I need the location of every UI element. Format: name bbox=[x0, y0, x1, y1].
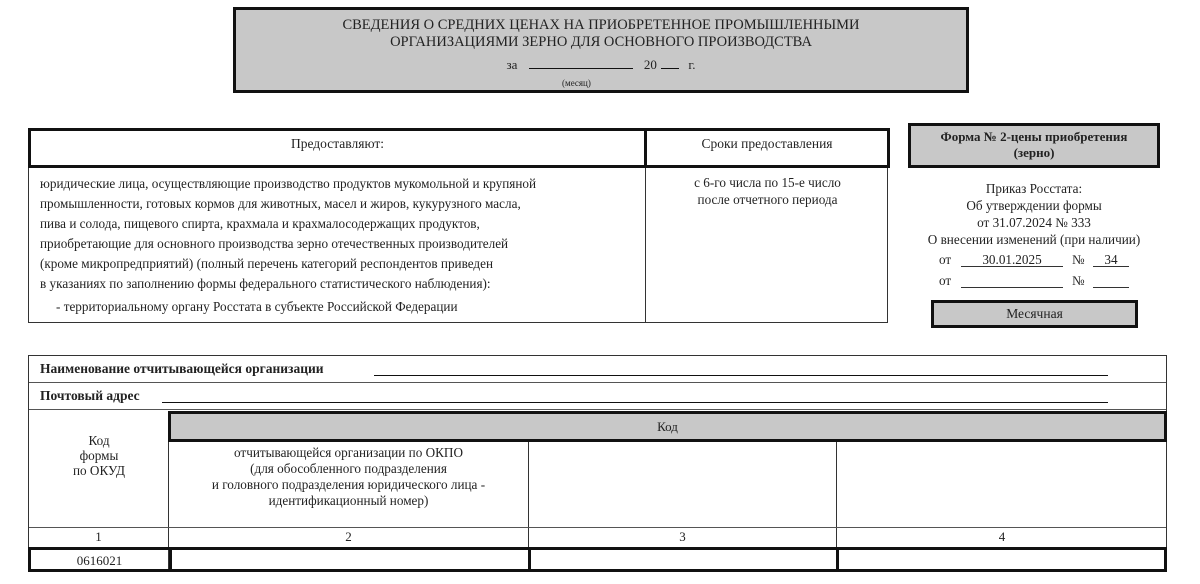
form-number-box: Форма № 2-цены приобретения (зерно) bbox=[908, 123, 1160, 168]
form-name-sub: (зерно) bbox=[911, 145, 1157, 161]
okud-header-line: по ОКУД bbox=[29, 463, 169, 478]
respondents-line: промышленности, готовых кормов для живот… bbox=[40, 194, 640, 214]
okud-code-value: 0616021 bbox=[31, 553, 168, 569]
year-suffix: г. bbox=[688, 57, 695, 72]
column-numbers-row: 1 2 3 4 bbox=[29, 527, 1166, 548]
deadline-line: после отчетного периода bbox=[646, 191, 889, 208]
okud-header-line: формы bbox=[29, 448, 169, 463]
deadline-description: с 6-го числа по 15-е число после отчетно… bbox=[646, 174, 889, 208]
report-title: СВЕДЕНИЯ О СРЕДНИХ ЦЕНАХ НА ПРИОБРЕТЕННО… bbox=[236, 17, 966, 51]
order-line: О внесении изменений (при наличии) bbox=[895, 231, 1173, 248]
provide-header: Предоставляют: bbox=[28, 128, 647, 168]
org-name-row: Наименование отчитывающейся организации bbox=[29, 356, 1166, 383]
period-prefix: за bbox=[506, 57, 517, 72]
month-hint: (месяц) bbox=[562, 78, 591, 88]
order-line: от 31.07.2024 № 333 bbox=[895, 214, 1173, 231]
recipient-item: - территориальному органу Росстата в суб… bbox=[56, 297, 640, 317]
year-prefix: 20 bbox=[644, 57, 657, 72]
okpo-header-line: отчитывающейся организации по ОКПО bbox=[169, 445, 528, 461]
respondents-line: юридические лица, осуществляющие произво… bbox=[40, 174, 640, 194]
deadline-header: Сроки предоставления bbox=[644, 128, 890, 168]
okpo-header-line: и головного подразделения юридического л… bbox=[169, 477, 528, 493]
org-name-field[interactable] bbox=[374, 375, 1108, 376]
column-number: 1 bbox=[29, 529, 168, 545]
report-title-line2: ОРГАНИЗАЦИЯМИ ЗЕРНО ДЛЯ ОСНОВНОГО ПРОИЗВ… bbox=[236, 34, 966, 51]
okud-header: Код формы по ОКУД bbox=[29, 411, 169, 528]
report-title-line1: СВЕДЕНИЯ О СРЕДНИХ ЦЕНАХ НА ПРИОБРЕТЕННО… bbox=[236, 17, 966, 34]
postal-address-row: Почтовый адрес bbox=[29, 383, 1166, 410]
amendment-from-label: от bbox=[939, 251, 951, 268]
order-line: Об утверждении формы bbox=[895, 197, 1173, 214]
respondents-line: пива и солода, пищевого спирта, крахмала… bbox=[40, 214, 640, 234]
okpo-code-field[interactable] bbox=[172, 550, 529, 569]
amendment-from-label: от bbox=[939, 272, 951, 289]
okpo-header: отчитывающейся организации по ОКПО (для … bbox=[169, 445, 528, 509]
organization-table: Наименование отчитывающейся организации … bbox=[28, 355, 1167, 571]
amendment-number-field[interactable]: 34 bbox=[1093, 248, 1129, 267]
report-period: за 20 г. bbox=[236, 55, 966, 73]
respondents-line: приобретающие для основного производства… bbox=[40, 234, 640, 254]
code-header: Код bbox=[168, 411, 1167, 442]
report-title-box: СВЕДЕНИЯ О СРЕДНИХ ЦЕНАХ НА ПРИОБРЕТЕННО… bbox=[233, 7, 969, 93]
respondents-line: в указаниях по заполнению формы федераль… bbox=[40, 274, 640, 294]
column-number: 3 bbox=[529, 529, 836, 545]
periodicity-badge: Месячная bbox=[931, 300, 1138, 328]
amendment-date-field[interactable] bbox=[961, 269, 1063, 288]
form-name: Форма № 2-цены приобретения bbox=[911, 129, 1157, 145]
okpo-header-line: (для обособленного подразделения bbox=[169, 461, 528, 477]
okud-header-line: Код bbox=[29, 433, 169, 448]
amendment-number-label: № bbox=[1072, 272, 1085, 289]
submission-table: Предоставляют: Сроки предоставления юрид… bbox=[28, 128, 888, 323]
amendment-row: от 30.01.2025 № 34 bbox=[895, 248, 1173, 269]
code-col4-field[interactable] bbox=[839, 550, 1164, 569]
amendment-number-field[interactable] bbox=[1093, 269, 1129, 288]
code-col3-field[interactable] bbox=[531, 550, 836, 569]
order-block: Приказ Росстата: Об утверждении формы от… bbox=[895, 180, 1173, 290]
respondents-description: юридические лица, осуществляющие произво… bbox=[40, 174, 640, 317]
amendment-date-field[interactable]: 30.01.2025 bbox=[961, 248, 1063, 267]
order-line: Приказ Росстата: bbox=[895, 180, 1173, 197]
column-number: 2 bbox=[169, 529, 528, 545]
okpo-header-line: идентификационный номер) bbox=[169, 493, 528, 509]
deadline-line: с 6-го числа по 15-е число bbox=[646, 174, 889, 191]
respondents-line: (кроме микропредприятий) (полный перечен… bbox=[40, 254, 640, 274]
year-field[interactable] bbox=[661, 55, 679, 69]
postal-address-label: Почтовый адрес bbox=[40, 388, 140, 404]
column-number: 4 bbox=[837, 529, 1167, 545]
amendment-row: от № bbox=[895, 269, 1173, 290]
codes-data-row: 0616021 bbox=[28, 547, 1167, 572]
month-field[interactable] bbox=[529, 55, 633, 69]
org-name-label: Наименование отчитывающейся организации bbox=[40, 361, 324, 377]
amendment-number-label: № bbox=[1072, 251, 1085, 268]
postal-address-field[interactable] bbox=[162, 402, 1108, 403]
